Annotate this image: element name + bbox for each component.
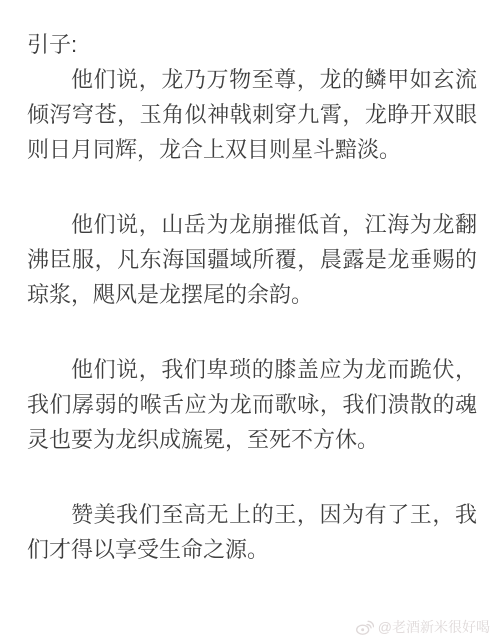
document-body: 引子: 他们说，龙乃万物至尊，龙的鳞甲如玄流倾泻穹苍，玉角似神戟刺穿九霄，龙睁开…: [27, 27, 477, 567]
paragraph-4: 赞美我们至高无上的王，因为有了王，我们才得以享受生命之源。: [27, 497, 477, 567]
paragraph-3: 他们说，我们卑琐的膝盖应为龙而跪伏，我们孱弱的喉舌应为龙而歌咏，我们溃散的魂灵也…: [27, 352, 477, 457]
section-title: 引子:: [27, 27, 477, 62]
weibo-logo-icon: [355, 619, 374, 636]
watermark-text: @老酒新米很好喝: [378, 618, 490, 636]
paragraph-2: 他们说，山岳为龙崩摧低首，江海为龙翻沸臣服，凡东海国疆域所覆，晨露是龙垂赐的琼浆…: [27, 207, 477, 312]
paragraph-1: 他们说，龙乃万物至尊，龙的鳞甲如玄流倾泻穹苍，玉角似神戟刺穿九霄，龙睁开双眼则日…: [27, 62, 477, 167]
watermark: @老酒新米很好喝: [355, 618, 490, 636]
